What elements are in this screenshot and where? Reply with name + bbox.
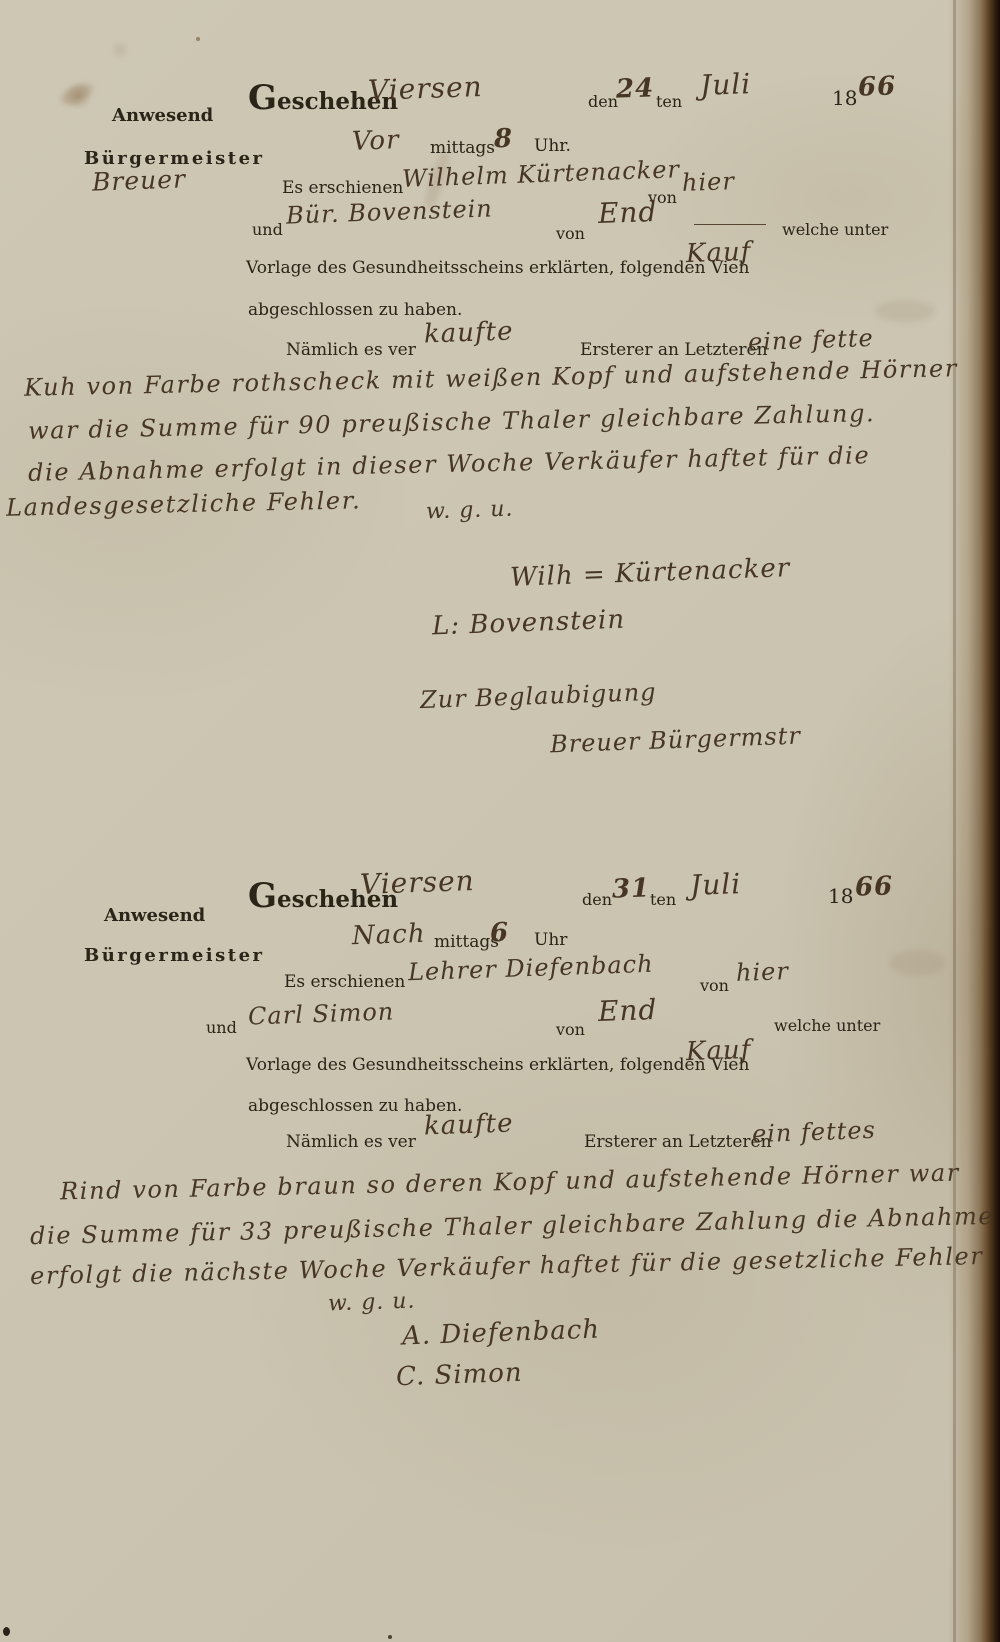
naemlich-label: Nämlich es ver [286,1132,416,1152]
und-label: und [252,220,283,239]
attestor-signature: Breuer Bürgermstr [550,722,802,759]
sale-text-line: war die Summe für 90 preußische Thaler g… [28,399,876,445]
scanned-register-page: Geschehen Viersen den 24 ten Juli 18 66 … [0,0,1000,1642]
year-handwritten: 66 [854,871,893,902]
sale-text-line: Rind von Farbe braun so deren Kopf und a… [60,1159,960,1206]
mayor-signature: Breuer [92,164,187,196]
party2-signature: C. Simon [396,1358,524,1392]
party2-place-handwritten: End [597,195,658,230]
ink-speck [196,37,200,41]
party1-place-handwritten: hier [682,167,736,197]
anwesend-label: Anwesend [112,105,213,126]
den-label: den [582,890,612,909]
ten-label: ten [650,890,676,909]
party2-place-handwritten: End [597,993,658,1028]
naemlich-label: Nämlich es ver [286,340,416,360]
mittags-label: mittags [430,138,495,158]
ink-speck [3,1627,10,1636]
anwesend-label: Anwesend [104,905,205,926]
und-label: und [206,1018,237,1037]
hour-handwritten: 8 [493,124,513,155]
vorlage-label: Vorlage des Gesundheitsscheins erklärten… [246,258,749,278]
party1-place-handwritten: hier [736,957,790,987]
party2-name-handwritten: Carl Simon [248,997,395,1030]
sale-text-line: Kuh von Farbe rothscheck mit weißen Kopf… [24,354,958,402]
kauf-handwritten: Kauf [685,1035,751,1067]
party1-signature: Wilh = Kürtenacker [510,553,791,593]
bleedthrough-mark [875,300,935,322]
place-handwritten: Viersen [359,864,475,901]
daypart-handwritten: Vor [351,125,400,157]
ink-speck [388,1635,392,1639]
von-label: von [700,976,729,995]
paper-stain [58,80,96,109]
sale-object-handwritten: ein fettes [752,1116,877,1148]
wgu-abbreviation: w. g. u. [328,1288,416,1316]
year-printed: 18 [832,86,857,110]
den-label: den [588,92,618,111]
kaufte-handwritten: kaufte [424,316,514,349]
uhr-label: Uhr [534,930,567,950]
sale-object-handwritten: eine fette [748,324,875,356]
blank-rule [694,224,766,225]
welche-unter-label: welche unter [782,220,888,239]
place-handwritten: Viersen [367,70,483,107]
ersterer-label: Ersterer an Letzteren [580,340,768,360]
daypart-handwritten: Nach [351,919,426,952]
buergermeister-label: Bürgermeister [84,945,265,966]
month-handwritten: Juli [699,67,751,102]
hour-handwritten: 6 [489,918,509,949]
kaufte-handwritten: kaufte [424,1108,514,1141]
attestation-handwritten: Zur Beglaubigung [420,678,657,714]
year-printed: 18 [828,884,853,908]
abgeschlossen-label: abgeschlossen zu haben. [248,300,462,320]
welche-unter-label: welche unter [774,1016,880,1035]
von-label: von [556,1020,585,1039]
sale-text-line: die Abnahme erfolgt in dieser Woche Verk… [28,441,871,487]
party1-signature: A. Diefenbach [402,1315,601,1352]
vorlage-label: Vorlage des Gesundheitsscheins erklärten… [246,1055,749,1075]
kauf-handwritten: Kauf [685,237,751,269]
page-edge-line [953,0,956,1642]
es-erschienen-label: Es erschienen [282,178,403,198]
es-erschienen-label: Es erschienen [284,972,405,992]
year-handwritten: 66 [857,71,896,102]
von-label: von [556,224,585,243]
ten-label: ten [656,92,682,111]
party2-name-handwritten: Bür. Bovenstein [286,194,494,229]
sale-text-line: Landesgesetzliche Fehler. [6,486,362,521]
party1-name-handwritten: Lehrer Diefenbach [408,950,654,987]
wgu-abbreviation: w. g. u. [426,496,514,524]
sale-text-line: die Summe für 33 preußische Thaler gleic… [30,1202,995,1250]
ersterer-label: Ersterer an Letzteren [584,1132,772,1152]
day-handwritten: 31 [611,873,650,904]
day-handwritten: 24 [615,73,654,104]
month-handwritten: Juli [689,867,741,902]
party2-signature: L: Bovenstein [432,605,626,642]
sale-text-line: erfolgt die nächste Woche Verkäufer haft… [30,1242,984,1290]
bleedthrough-mark [890,950,945,976]
uhr-label: Uhr. [534,136,571,156]
